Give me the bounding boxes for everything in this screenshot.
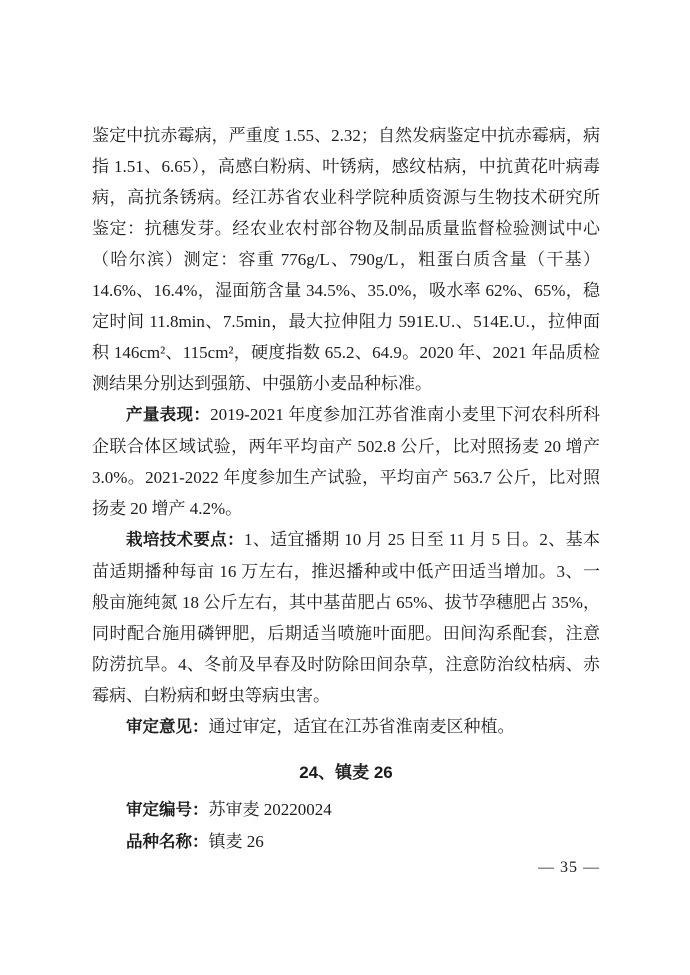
paragraph-label: 栽培技术要点： [126, 531, 244, 549]
section-heading: 24、镇麦 26 [92, 757, 600, 788]
page-number: — 35 — [538, 858, 600, 878]
paragraph-text: 鉴定中抗赤霉病，严重度 1.55、2.32；自然发病鉴定中抗赤霉病，病指 1.5… [92, 126, 600, 393]
paragraph-approval-opinion: 审定意见：通过审定，适宜在江苏省淮南麦区种植。 [92, 711, 600, 743]
field-label: 审定编号： [126, 801, 209, 819]
document-body: 鉴定中抗赤霉病，严重度 1.55、2.32；自然发病鉴定中抗赤霉病，病指 1.5… [92, 120, 600, 858]
field-label: 品种名称： [126, 833, 209, 851]
paragraph-label: 产量表现： [126, 406, 210, 424]
field-value: 镇麦 26 [209, 832, 264, 851]
paragraph-label: 审定意见： [126, 718, 209, 736]
paragraph-yield: 产量表现：2019-2021 年度参加江苏省淮南小麦里下河农科所科企联合体区域试… [92, 399, 600, 524]
field-variety-name: 品种名称：镇麦 26 [92, 826, 600, 858]
paragraph-text: 1、适宜播期 10 月 25 日至 11 月 5 日。2、基本苗适期播种每亩 1… [92, 530, 600, 705]
field-certification-number: 审定编号：苏审麦 20220024 [92, 794, 600, 826]
document-page: 鉴定中抗赤霉病，严重度 1.55、2.32；自然发病鉴定中抗赤霉病，病指 1.5… [0, 0, 690, 975]
paragraph-cultivation: 栽培技术要点：1、适宜播期 10 月 25 日至 11 月 5 日。2、基本苗适… [92, 524, 600, 711]
field-value: 苏审麦 20220024 [209, 800, 332, 819]
paragraph-text: 通过审定，适宜在江苏省淮南麦区种植。 [209, 717, 515, 736]
paragraph-quality: 鉴定中抗赤霉病，严重度 1.55、2.32；自然发病鉴定中抗赤霉病，病指 1.5… [92, 120, 600, 399]
